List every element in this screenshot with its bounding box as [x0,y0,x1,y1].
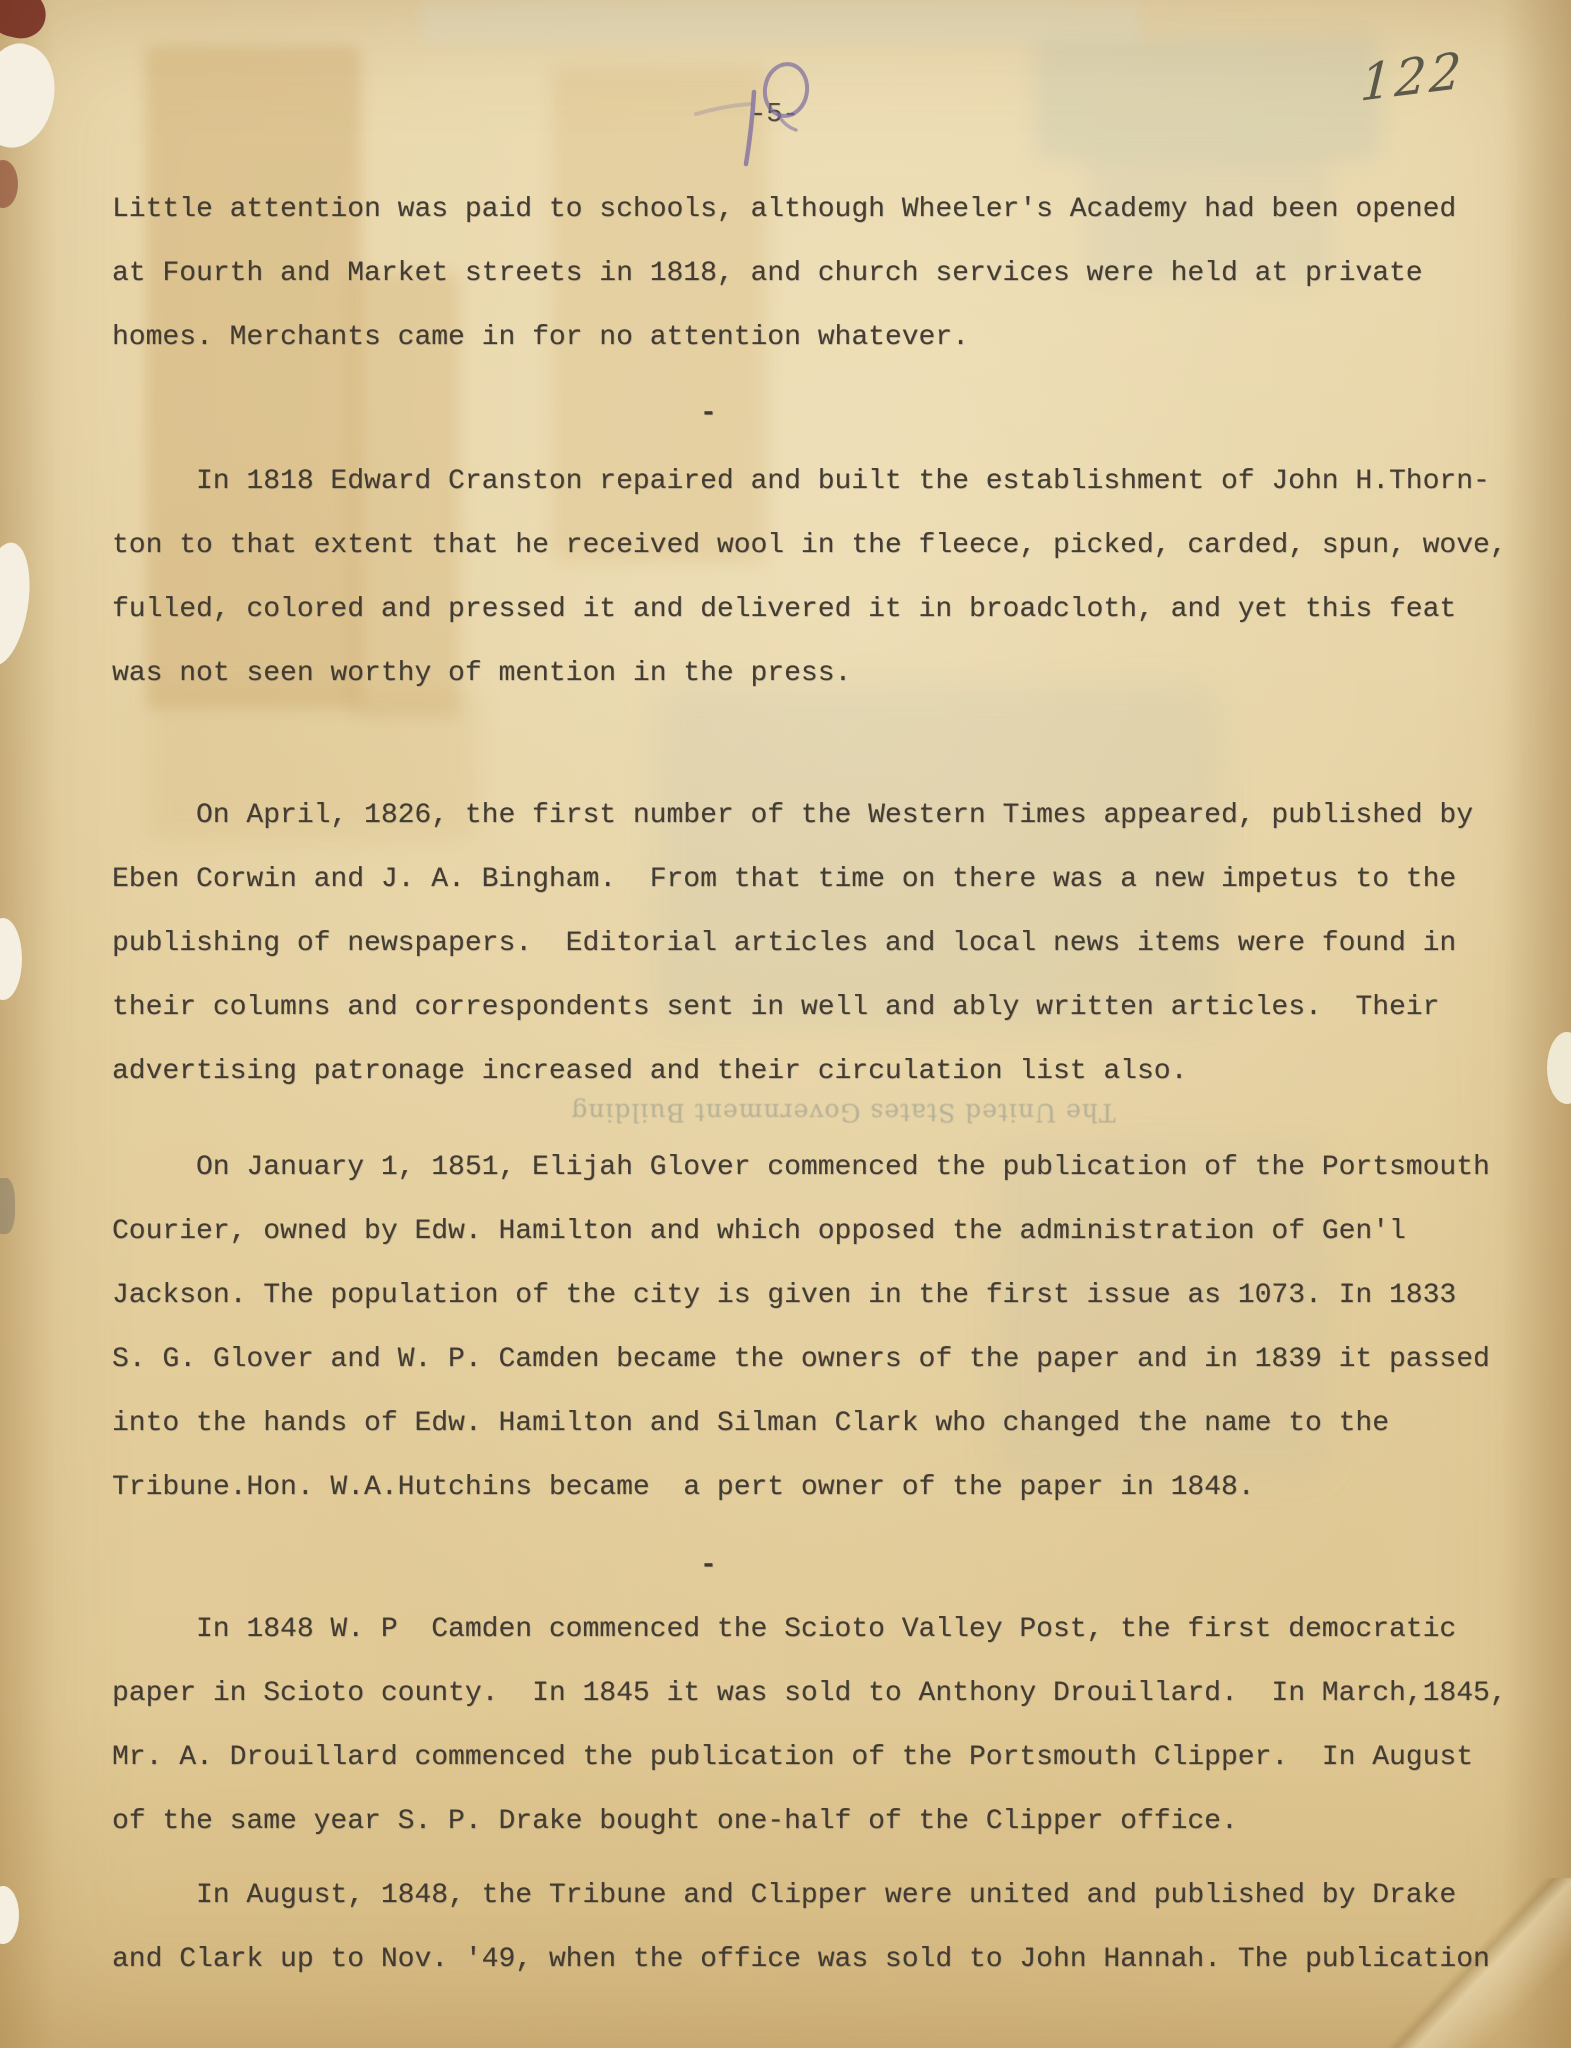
paragraph: In 1848 W. P Camden commenced the Scioto… [112,1598,1518,1854]
text-line: On January 1, 1851, Elijah Glover commen… [112,1136,1518,1200]
ink-blot [0,1178,15,1234]
paragraph: On April, 1826, the first number of the … [112,784,1518,1104]
text-column: Little attention was paid to schools, al… [112,178,1518,1992]
text-line: at Fourth and Market streets in 1818, an… [112,242,1518,306]
paragraph: Little attention was paid to schools, al… [112,178,1518,370]
text-line: On April, 1826, the first number of the … [112,784,1518,848]
paragraph-separator: - [112,1534,1518,1598]
ink-blot [0,160,18,208]
text-line: In August, 1848, the Tribune and Clipper… [112,1864,1518,1928]
text-line: Tribune.Hon. W.A.Hutchins became a pert … [112,1456,1518,1520]
paragraph: On January 1, 1851, Elijah Glover commen… [112,1136,1518,1520]
text-line: of the same year S. P. Drake bought one-… [112,1790,1518,1854]
torn-edge [1547,1032,1571,1104]
text-line: paper in Scioto county. In 1845 it was s… [112,1662,1518,1726]
paragraph: In 1818 Edward Cranston repaired and bui… [112,450,1518,706]
text-line: publishing of newspapers. Editorial arti… [112,912,1518,976]
text-line: into the hands of Edw. Hamilton and Silm… [112,1392,1518,1456]
text-line: In 1818 Edward Cranston repaired and bui… [112,450,1518,514]
torn-edge [0,1886,19,1944]
torn-edge [0,539,37,669]
left-edge-shadow [0,0,55,2048]
paragraph: In August, 1848, the Tribune and Clipper… [112,1864,1518,1992]
text-line: ton to that extent that he received wool… [112,514,1518,578]
text-line: fulled, colored and pressed it and deliv… [112,578,1518,642]
torn-edge [0,918,22,1000]
text-line: their columns and correspondents sent in… [112,976,1518,1040]
text-line: was not seen worthy of mention in the pr… [112,642,1518,706]
text-line: homes. Merchants came in for no attentio… [112,306,1518,370]
bleedthrough-stain [1035,36,1380,161]
ink-blot [0,0,51,44]
top-edge-band [420,0,1140,44]
typed-page-number: -5- [750,100,799,130]
text-line: Courier, owned by Edw. Hamilton and whic… [112,1200,1518,1264]
text-line: In 1848 W. P Camden commenced the Scioto… [112,1598,1518,1662]
handwritten-page-number: 122 [1359,41,1466,113]
torn-edge [0,35,68,157]
text-line: advertising patronage increased and thei… [112,1040,1518,1104]
text-line: Eben Corwin and J. A. Bingham. From that… [112,848,1518,912]
text-line: and Clark up to Nov. '49, when the offic… [112,1928,1518,1992]
text-line: Mr. A. Drouillard commenced the publicat… [112,1726,1518,1790]
scanned-document-page: -5- 122 The United States Government Bui… [0,0,1571,2048]
text-line: S. G. Glover and W. P. Camden became the… [112,1328,1518,1392]
text-line: Little attention was paid to schools, al… [112,178,1518,242]
paragraph-separator: - [112,382,1518,446]
text-line: Jackson. The population of the city is g… [112,1264,1518,1328]
